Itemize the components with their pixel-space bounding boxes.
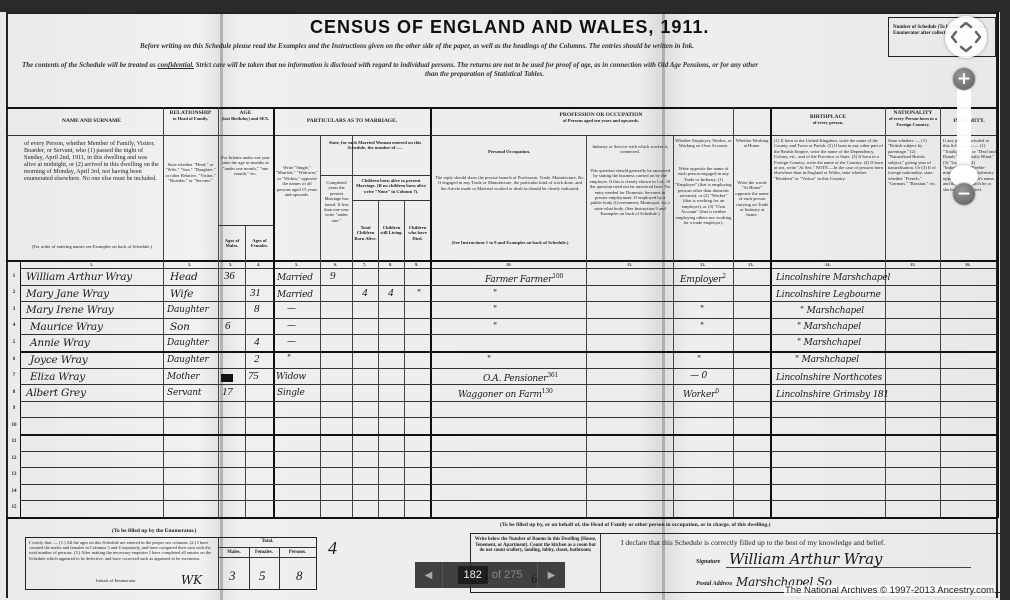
current-page-input[interactable]: 182 <box>458 566 488 584</box>
header-relationship: RELATIONSHIPto Head of Family. <box>163 110 218 122</box>
marital-status: — <box>287 337 296 347</box>
instruction-nationality: State whether :— (1) "British subject by… <box>888 138 939 187</box>
years-married: 9 <box>330 270 335 282</box>
column-number: 8. <box>389 262 392 267</box>
total-males: 3 <box>229 568 235 584</box>
instruction-age: For Infants under one year state the age… <box>220 155 271 177</box>
employer-status: Worker0 <box>683 388 719 400</box>
column-number: 3. <box>229 262 232 267</box>
row-number: 10 <box>9 423 19 428</box>
total-children-label: Total Children Born Alive. <box>353 225 378 241</box>
employer-status: — 0 <box>690 371 707 381</box>
person-name: Annie Wray <box>30 337 90 349</box>
confidential-notice: The contents of the Schedule will be tre… <box>22 61 758 69</box>
age-female: 31 <box>250 287 261 299</box>
instruction-children-born: Children born alive to present Marriage.… <box>354 178 428 194</box>
children-died-label: Children who have Died. <box>405 225 430 241</box>
header-birthplace: BIRTHPLACEof every person. <box>771 114 885 126</box>
plus-icon: + <box>957 71 971 88</box>
enumerator-box: I certify that :— (1.) All the ages on t… <box>25 537 317 590</box>
header-personal-occupation: Personal Occupation. <box>433 149 585 154</box>
row-number: 6 <box>9 357 19 362</box>
header-nationality: NATIONALITYof every Person born in a For… <box>886 110 940 128</box>
column-number: 14. <box>825 262 831 267</box>
employer-status: " <box>697 355 701 365</box>
total-children: 4 <box>362 287 367 299</box>
age-female: 75 <box>248 370 259 382</box>
postal-address-label: Postal Address <box>696 581 732 587</box>
persons-label: Persons. <box>279 550 316 555</box>
employer-status: " <box>700 322 704 332</box>
birthplace: " Marshchapel <box>795 355 859 365</box>
row-number: 3 <box>9 307 19 312</box>
person-name: Joyce Wray <box>30 354 87 366</box>
females-label: Females. <box>249 550 279 555</box>
header-profession: PROFESSION or OCCUPATIONof Persons aged … <box>431 112 771 124</box>
birthplace: " Marshchapel <box>797 338 861 348</box>
occupation: Waggoner on Farm130 <box>458 388 553 400</box>
marital-status: — <box>287 321 296 331</box>
age-male: 6 <box>225 320 230 332</box>
document-subtitle: Before writing on this Schedule please r… <box>140 42 694 50</box>
row-number: 2 <box>9 290 19 295</box>
birthplace: Lincolnshire Legbourne <box>776 290 881 300</box>
pan-arrows-icon <box>945 16 987 58</box>
instruction-name-note: (For order of entering names see Example… <box>24 244 160 249</box>
row-number: 14 <box>9 489 19 494</box>
instruction-completed-years: Completed years the present Marriage has… <box>322 180 351 223</box>
initials-label: Initials of Enumerator <box>96 578 136 583</box>
employer-status: " <box>700 305 704 315</box>
person-name: William Arthur Wray <box>26 271 132 283</box>
document-frame <box>6 12 998 598</box>
instruction-name: of every Person, whether Member of Famil… <box>24 140 160 182</box>
header-employer: Whether Employer, Worker, or Working on … <box>675 138 732 149</box>
image-viewer[interactable]: CENSUS OF ENGLAND AND WALES, 1911. Befor… <box>0 0 1010 600</box>
age-female: 2 <box>254 353 259 365</box>
triangle-right-icon: ▶ <box>548 570 556 581</box>
marital-status: Widow <box>276 372 306 382</box>
header-age: AGE(last Birthday) and SEX. <box>218 110 273 122</box>
birthplace: Lincolnshire Marshchapel <box>776 273 890 283</box>
header-marriage: PARTICULARS as to MARRIAGE. <box>274 118 430 124</box>
relationship: Son <box>170 321 190 333</box>
enumerator-initials: WK <box>181 573 202 587</box>
ink-blot <box>221 374 233 382</box>
occupation: " <box>493 289 497 299</box>
birthplace: Lincolnshire Grimsby 181 <box>776 388 889 400</box>
column-number: 1. <box>90 262 93 267</box>
margin-note: 4 <box>328 538 337 559</box>
instruction-at-home: Write the words "At Home" opposite the n… <box>735 180 769 218</box>
instruction-marital: Write "Single," "Married," "Widower," or… <box>275 165 319 197</box>
enumerator-caption: (To be filled up by the Enumerator.) <box>112 528 196 534</box>
age-male: 36 <box>224 270 235 282</box>
column-number: 2. <box>188 262 191 267</box>
birthplace: " Marshchapel <box>800 306 864 316</box>
column-number: 7. <box>363 262 366 267</box>
person-name: Maurice Wray <box>30 321 103 333</box>
employer-status: Employer2 <box>680 273 726 285</box>
instruction-relationship: State whether "Head," or "Wife," "Son," … <box>165 162 216 184</box>
document-title: CENSUS OF ENGLAND AND WALES, 1911. <box>310 17 709 38</box>
previous-page-button[interactable]: ◀ <box>415 562 443 588</box>
birthplace: Lincolnshire Northcotes <box>776 373 882 383</box>
header-name: NAME AND SURNAME <box>20 118 163 124</box>
total-pages: of 275 <box>492 569 523 581</box>
confidential-notice-line2: than the preparation of Statistical Tabl… <box>425 70 544 78</box>
header-industry: Industry or Service with which worker is… <box>589 144 671 155</box>
total-label: Total. <box>219 539 316 544</box>
column-number: 10. <box>506 262 512 267</box>
males-label: Males. <box>219 550 249 555</box>
children-died: " <box>417 289 421 299</box>
row-number: 5 <box>9 340 19 345</box>
age-female: 4 <box>254 336 259 348</box>
children-living: 4 <box>388 287 393 299</box>
row-number: 13 <box>9 472 19 477</box>
triangle-left-icon: ◀ <box>425 570 433 581</box>
person-name: Eliza Wray <box>30 371 85 383</box>
relationship: Daughter <box>167 305 209 315</box>
occupation: Farmer Farmer100 <box>485 273 563 285</box>
column-number: 16. <box>965 262 971 267</box>
occupation: " <box>493 322 497 332</box>
instruction-birthplace: (1) If born in the United Kingdom, write… <box>774 138 884 181</box>
total-females: 5 <box>259 568 265 584</box>
column-number: 13. <box>748 262 754 267</box>
relationship: Daughter <box>167 338 209 348</box>
column-number: 12. <box>700 262 706 267</box>
ages-females-label: Ages of Females. <box>247 238 272 249</box>
children-living-label: Children still Living. <box>379 225 404 236</box>
birthplace: " Marshchapel <box>797 322 861 332</box>
copyright-notice: The National Archives © 1997-2013 Ancest… <box>784 585 995 596</box>
person-name: Albert Grey <box>26 387 86 399</box>
occupation: O.A. Pensioner361 <box>483 372 558 384</box>
row-number: 12 <box>9 456 19 461</box>
row-number: 4 <box>9 323 19 328</box>
zoom-in-button[interactable]: + <box>953 68 975 90</box>
marital-status: Married <box>277 290 313 300</box>
instruction-industry: This question should generally be answer… <box>589 168 671 217</box>
pan-control[interactable] <box>945 16 987 58</box>
row-number: 15 <box>9 505 19 510</box>
column-number: 4. <box>257 262 260 267</box>
instruction-employer: Write opposite the name of each person e… <box>675 166 732 225</box>
person-name: Mary Jane Wray <box>26 288 109 300</box>
row-number: 11 <box>9 439 19 444</box>
enumerator-certify: I certify that :— (1.) All the ages on t… <box>29 540 219 561</box>
zoom-out-button[interactable]: − <box>953 183 975 205</box>
occupation: " <box>487 355 491 365</box>
marital-status: — <box>287 304 296 314</box>
age-male: 17 <box>222 386 233 398</box>
row-number: 1 <box>9 274 19 279</box>
ages-males-label: Ages of Males. <box>220 238 244 249</box>
age-female: 8 <box>254 303 259 315</box>
declaration: I declare that this Schedule is correctl… <box>621 538 885 547</box>
page-navigator: ◀ 182 of 275 ▶ <box>415 562 565 588</box>
instruction-married-woman: State, for each Married Woman entered on… <box>322 140 428 151</box>
marital-status: Married <box>277 273 313 283</box>
relationship: Mother <box>167 372 199 382</box>
enumerator-totals: Total. Males. Females. Persons. 3 5 8 <box>218 538 316 589</box>
occupation: " <box>493 305 497 315</box>
column-number: 11. <box>627 262 632 267</box>
row-number: 9 <box>9 406 19 411</box>
marital-status: " <box>287 354 291 364</box>
signature: William Arthur Wray <box>729 550 882 568</box>
person-name: Mary Irene Wray <box>26 304 114 316</box>
column-number: 5. <box>295 262 298 267</box>
column-number: 6. <box>334 262 337 267</box>
instruction-occupation: The reply should show the precise branch… <box>435 175 585 191</box>
occupier-caption: (To be filled up by, or on behalf of, th… <box>500 522 770 528</box>
relationship: Daughter <box>167 355 209 365</box>
total-persons: 8 <box>296 568 302 584</box>
next-page-button[interactable]: ▶ <box>537 562 565 588</box>
minus-icon: − <box>957 186 971 203</box>
marital-status: Single <box>277 388 305 398</box>
signature-label: Signature <box>696 559 720 565</box>
row-number: 7 <box>9 373 19 378</box>
header-at-home: Whether Working at Home. <box>735 138 769 149</box>
column-number: 15. <box>910 262 916 267</box>
row-number: 8 <box>9 390 19 395</box>
relationship: Wife <box>170 288 193 300</box>
relationship: Head <box>170 271 198 283</box>
column-number: 9. <box>415 262 418 267</box>
instruction-occupation-note: (See Instructions 1 to 8 and Examples on… <box>435 240 585 245</box>
relationship: Servant <box>167 388 201 398</box>
